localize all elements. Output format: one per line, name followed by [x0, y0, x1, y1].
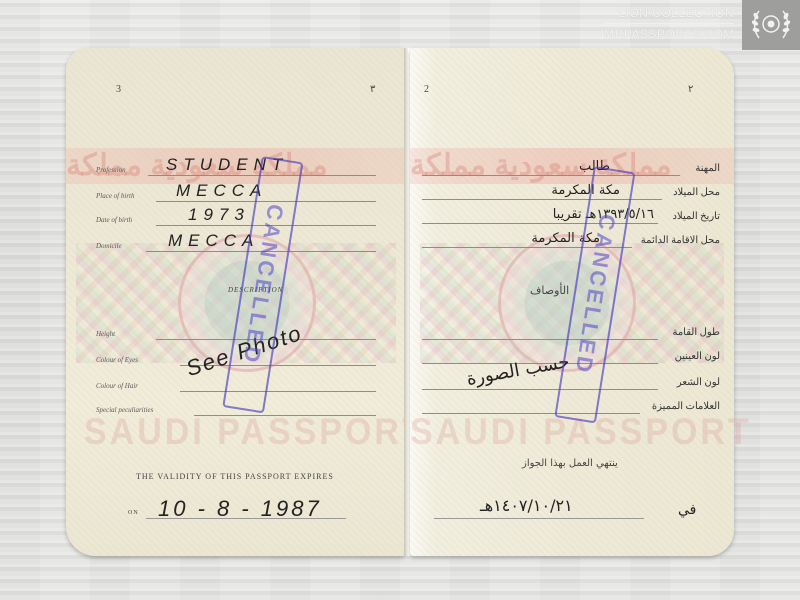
domicile-value: MECCA: [168, 231, 259, 251]
passport-booklet: 3 ٣ ﻣﻤﻠﻜﺔ ﺳﻌﻮﺩﻳﺔ ﻣﻤﻠﻜﺔ Profession STUDEN…: [66, 48, 734, 556]
expiry-rule: [434, 518, 644, 519]
description-heading-ar: الأوصاف: [530, 284, 569, 297]
expiry-date-ar: ١٤٠٧/١٠/٢١هـ: [480, 496, 573, 515]
expiry-prefix-ar: في: [678, 502, 696, 518]
passport-page-english: 3 ٣ ﻣﻤﻠﻜﺔ ﺳﻌﻮﺩﻳﺔ ﻣﻤﻠﻜﺔ Profession STUDEN…: [66, 48, 406, 556]
passport-page-arabic: 2 ٢ ﻣﻤﻠﻜﺔ ﺳﻌﻮﺩﻳﺔ ﻣﻤﻠﻜﺔ المهنة طالب محل ا…: [410, 48, 734, 556]
laurel-lion-icon: [742, 0, 800, 50]
page-number: 2: [424, 84, 429, 95]
validity-caption: THE VALIDITY OF THIS PASSPORT EXPIRES: [136, 472, 334, 481]
validity-caption-ar: ينتهي العمل بهذا الجواز: [522, 458, 618, 469]
field-domicile: Domicile MECCA: [96, 236, 396, 252]
page-number: 3: [116, 84, 121, 95]
watermark-collection: LION COLLECTION: [604, 6, 734, 24]
background-watermark-text: SAUDI PASSPORT: [84, 411, 426, 454]
field-domicile-ar: محل الاقامة الدائمة مكة المكرمة: [422, 232, 720, 248]
field-date-of-birth: Date of birth 1973: [96, 210, 396, 226]
expiry-date: 10 - 8 - 1987: [158, 496, 322, 522]
field-profession-ar: المهنة طالب: [422, 160, 720, 176]
field-profession: Profession STUDENT: [96, 160, 396, 176]
field-place-of-birth-ar: محل الميلاد مكة المكرمة: [422, 184, 720, 200]
date-of-birth-value: 1973: [188, 205, 250, 225]
page-number-arabic: ٢: [688, 84, 693, 95]
page-number-arabic: ٣: [370, 84, 375, 95]
watermark-site: MRPASSPORTS.COM: [604, 27, 734, 41]
watermark: LION COLLECTION MRPASSPORTS.COM: [604, 6, 734, 41]
place-of-birth-value: MECCA: [176, 181, 267, 201]
expiry-prefix: ON: [128, 510, 139, 516]
field-date-of-birth-ar: تاريخ الميلاد ١٣٩٣/٥/١٦هـ تقريبا: [422, 208, 720, 224]
field-place-of-birth: Place of birth MECCA: [96, 186, 396, 202]
